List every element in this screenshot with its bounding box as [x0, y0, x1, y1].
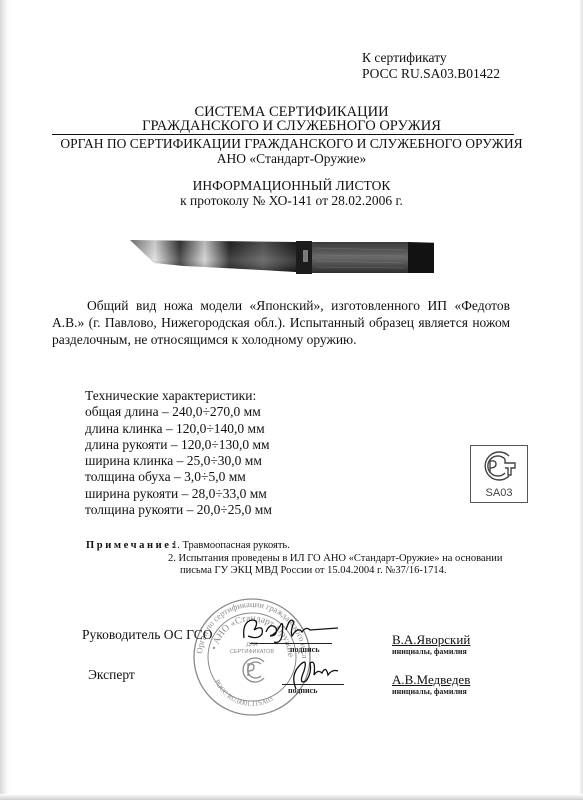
head-signature-caption: подпись	[290, 645, 319, 654]
spec-item: ширина рукояти – 28,0÷33,0 мм	[85, 486, 272, 502]
expert-name-caption: инициалы, фамилия	[392, 687, 467, 696]
spec-item: ширина клинка – 25,0÷30,0 мм	[85, 453, 272, 469]
scan-edge-bottom	[0, 794, 583, 800]
note-item: 1. Травмоопасная рукоять.	[172, 540, 290, 553]
note-item: письма ГУ ЭКЦ МВД России от 15.04.2004 г…	[180, 565, 446, 578]
head-role-label: Руководитель ОС ГСО	[82, 627, 212, 643]
svg-text:СЕРТИФИКАТОВ: СЕРТИФИКАТОВ	[230, 649, 274, 655]
svg-text:РОСС RU.0001.11SA03: РОСС RU.0001.11SA03	[213, 678, 275, 708]
expert-role-label: Эксперт	[88, 667, 135, 683]
spec-item: толщина обуха – 3,0÷5,0 мм	[85, 469, 272, 485]
organ-name: АНО «Стандарт-Оружие»	[0, 151, 583, 167]
certificate-reference-label: К сертификату	[362, 50, 500, 66]
technical-specs: Технические характеристики: общая длина …	[85, 388, 272, 518]
certificate-number: РОСС RU.SA03.B01422	[362, 66, 500, 82]
spec-item: толщина рукояти – 20,0÷25,0 мм	[85, 502, 272, 518]
spec-item: длина клинка – 120,0÷140,0 мм	[85, 421, 272, 437]
certification-mark: SA03	[470, 445, 528, 503]
spec-item: длина рукояти – 120,0÷130,0 мм	[85, 437, 272, 453]
organ-title: ОРГАН ПО СЕРТИФИКАЦИИ ГРАЖДАНСКОГО И СЛУ…	[0, 136, 583, 152]
notes-label: Примечание:	[86, 540, 178, 553]
header-divider	[52, 134, 514, 135]
expert-signature-caption: подпись	[288, 686, 317, 695]
expert-name: А.В.Медведев	[392, 672, 470, 688]
rst-mark-icon	[471, 446, 527, 486]
spec-item: общая длина – 240,0÷270,0 мм	[85, 404, 272, 420]
description-text: Общий вид ножа модели «Японский», изгото…	[52, 298, 510, 347]
info-sheet-title: ИНФОРМАЦИОННЫЙ ЛИСТОК	[0, 178, 583, 194]
head-signature-line	[250, 643, 332, 644]
system-subtitle: ГРАЖДАНСКОГО И СЛУЖЕБНОГО ОРУЖИЯ	[0, 118, 583, 135]
head-name: В.А.Яворский	[392, 632, 470, 648]
round-seal-icon: Орган по сертификации гражданского и слу…	[188, 596, 316, 718]
expert-signature-line	[282, 684, 344, 685]
protocol-reference: к протоколу № ХО-141 от 28.02.2006 г.	[0, 193, 583, 209]
specs-title: Технические характеристики:	[85, 388, 272, 404]
knife-photo-icon	[124, 230, 434, 280]
knife-description: Общий вид ножа модели «Японский», изгото…	[52, 297, 510, 348]
certification-code: SA03	[471, 487, 527, 499]
note-item: 2. Испытания проведены в ИЛ ГО АНО «Стан…	[168, 553, 502, 566]
head-name-caption: инициалы, фамилия	[392, 647, 467, 656]
certificate-reference: К сертификату РОСС RU.SA03.B01422	[362, 50, 500, 82]
